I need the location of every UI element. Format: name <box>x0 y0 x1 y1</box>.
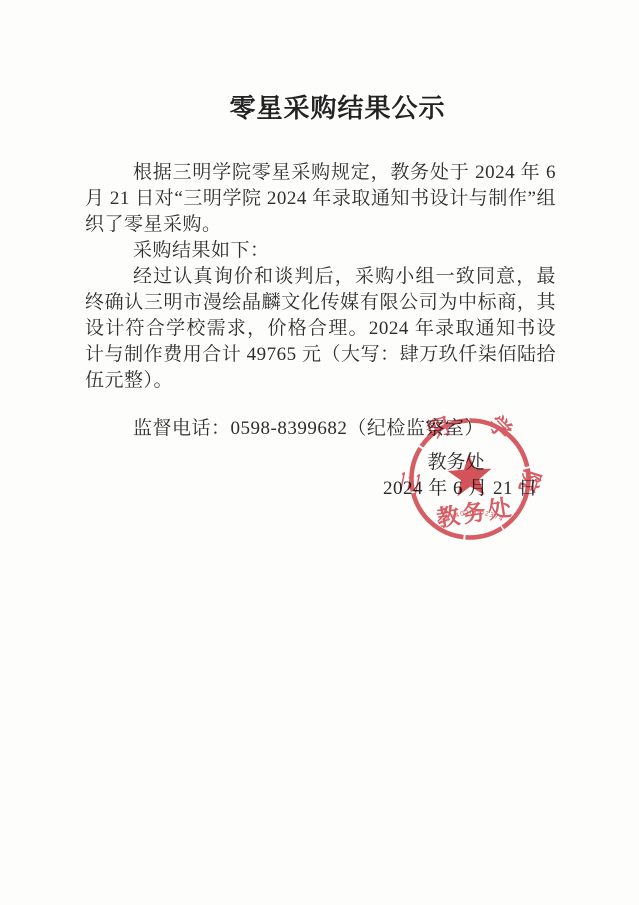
document-page: 零星采购结果公示 根据三明学院零星采购规定，教务处于 2024 年 6 月 21… <box>0 0 639 905</box>
paragraph-result-detail: 经过认真询价和谈判后，采购小组一致同意，最终确认三明市漫绘晶麟文化传媒有限公司为… <box>85 264 556 394</box>
signature-block: 教务处 2024 年 6 月 21 日 <box>383 450 529 502</box>
page-title: 零星采购结果公示 <box>18 88 639 125</box>
signature-date: 2024 年 6 月 21 日 <box>383 476 529 502</box>
document-body: 根据三明学院零星采购规定，教务处于 2024 年 6 月 21 日对“三明学院 … <box>85 160 556 442</box>
paragraph-intro: 根据三明学院零星采购规定，教务处于 2024 年 6 月 21 日对“三明学院 … <box>85 160 556 238</box>
supervision-phone-line: 监督电话：0598-8399682（纪检监察室） <box>85 416 556 442</box>
paragraph-result-header: 采购结果如下： <box>85 238 556 264</box>
signature-department: 教务处 <box>383 450 529 476</box>
seal-serial-number: 3594020002374 <box>440 508 505 527</box>
